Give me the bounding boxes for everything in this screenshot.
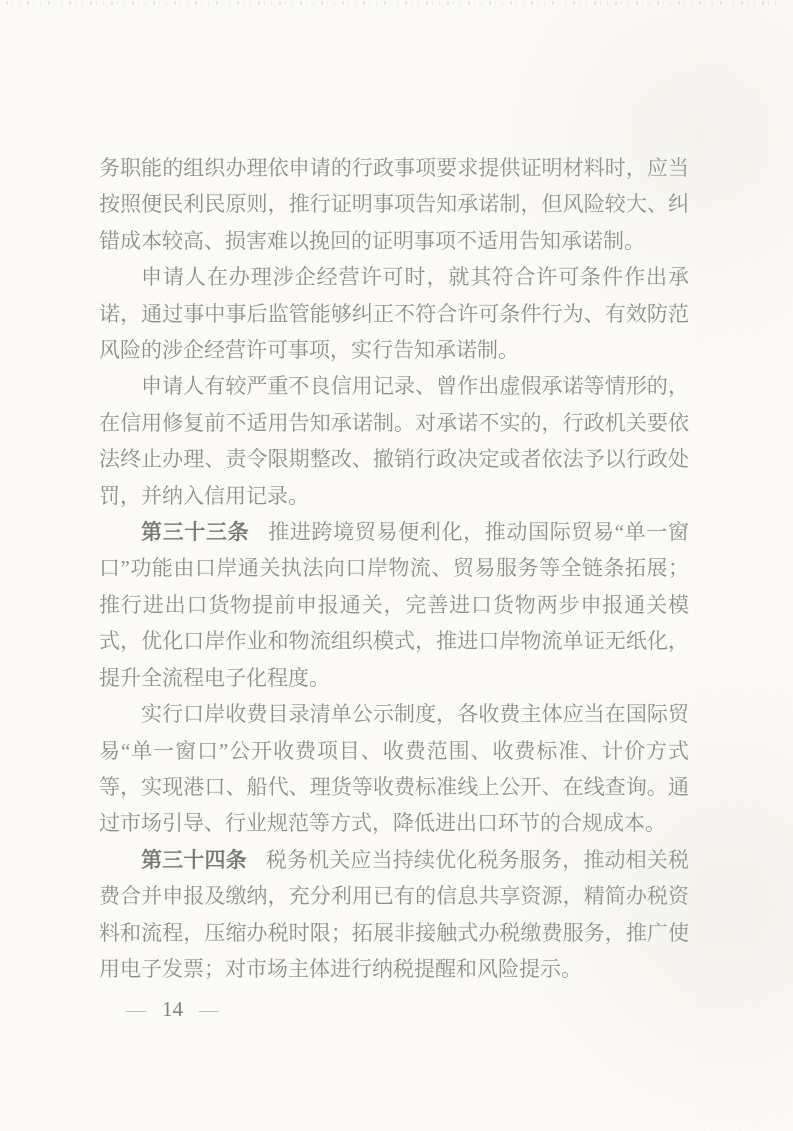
paragraph-text: 推进跨境贸易便利化，推动国际贸易“单一窗口”功能由口岸通关执法向口岸物流、贸易服…: [99, 520, 689, 690]
document-page: 务职能的组织办理依申请的行政事项要求提供证明材料时，应当按照便民利民原则，推行证…: [0, 0, 793, 1131]
paragraph-text: 申请人有较严重不良信用记录、曾作出虚假承诺等情形的，在信用修复前不适用告知承诺制…: [99, 374, 689, 507]
paragraph-text: 务职能的组织办理依申请的行政事项要求提供证明材料时，应当按照便民利民原则，推行证…: [99, 156, 689, 253]
paragraph-continuation: 务职能的组织办理依申请的行政事项要求提供证明材料时，应当按照便民利民原则，推行证…: [99, 150, 689, 259]
scan-noise-right-margin: [697, 0, 793, 1131]
paragraph-article-34: 第三十四条税务机关应当持续优化税务服务，推动相关税费合并申报及缴纳，充分利用已有…: [99, 842, 689, 988]
article-number: 第三十四条: [141, 848, 247, 872]
paragraph-text: 申请人在办理涉企经营许可时，就其符合许可条件作出承诺，通过事中事后监管能够纠正不…: [99, 265, 689, 362]
paragraph: 申请人有较严重不良信用记录、曾作出虚假承诺等情形的，在信用修复前不适用告知承诺制…: [99, 368, 689, 514]
page-number-dash-right: —: [199, 999, 219, 1021]
page-number-value: 14: [162, 997, 183, 1021]
page-number-dash-left: —: [126, 999, 146, 1021]
document-body: 务职能的组织办理依申请的行政事项要求提供证明材料时，应当按照便民利民原则，推行证…: [99, 150, 689, 987]
paragraph: 实行口岸收费目录清单公示制度，各收费主体应当在国际贸易“单一窗口”公开收费项目、…: [99, 696, 689, 842]
paragraph-text: 实行口岸收费目录清单公示制度，各收费主体应当在国际贸易“单一窗口”公开收费项目、…: [99, 702, 689, 835]
page-number: —14—: [126, 997, 219, 1022]
paragraph-article-33: 第三十三条推进跨境贸易便利化，推动国际贸易“单一窗口”功能由口岸通关执法向口岸物…: [99, 514, 689, 696]
paragraph: 申请人在办理涉企经营许可时，就其符合许可条件作出承诺，通过事中事后监管能够纠正不…: [99, 259, 689, 368]
scan-noise-top-edge: [6, 1, 776, 5]
article-number: 第三十三条: [141, 520, 249, 544]
